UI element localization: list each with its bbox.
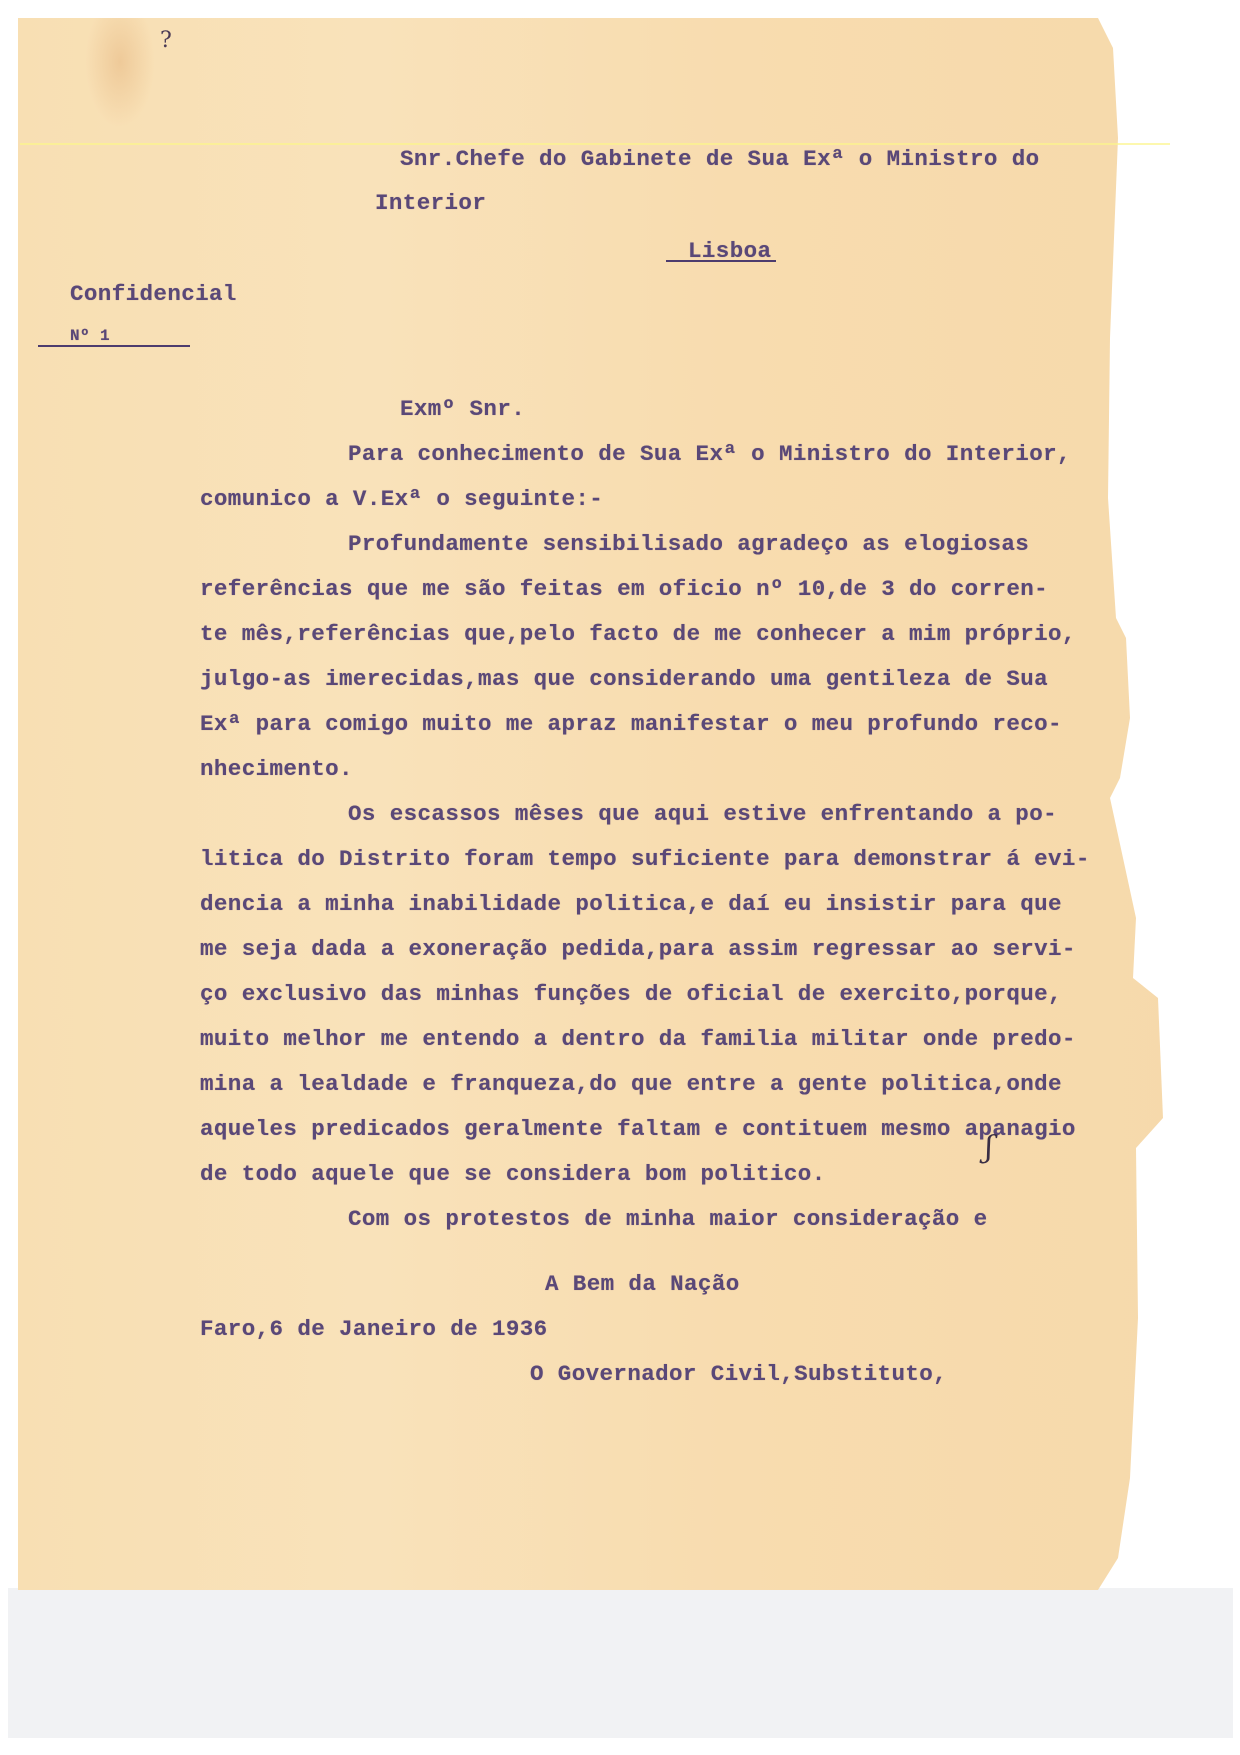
body-line: nhecimento. — [200, 758, 353, 781]
body-line: Exª para comigo muito me apraz manifesta… — [200, 713, 1062, 736]
body-line: comunico a V.Exª o seguinte:- — [200, 488, 603, 511]
addressee-line-1: Snr.Chefe do Gabinete de Sua Exª o Minis… — [400, 148, 1040, 171]
handwritten-correction-mark: ʃ — [985, 1130, 993, 1165]
corner-ink-mark: ? — [160, 28, 172, 53]
addressee-line-2: Interior — [375, 192, 486, 215]
classification-label: Confidencial — [70, 283, 237, 306]
body-line: Com os protestos de minha maior consider… — [348, 1208, 988, 1231]
body-line: referências que me são feitas em oficio … — [200, 578, 1048, 601]
salutation: Exmº Snr. — [400, 398, 525, 421]
closing-motto: A Bem da Nação — [545, 1273, 740, 1296]
place-and-date: Faro,6 de Janeiro de 1936 — [200, 1318, 548, 1341]
body-line: aqueles predicados geralmente faltam e c… — [200, 1118, 1076, 1141]
reference-underline — [38, 345, 190, 347]
body-line: mina a lealdade e franqueza,do que entre… — [200, 1073, 1062, 1096]
body-line: de todo aquele que se considera bom poli… — [200, 1163, 826, 1186]
body-line: Para conhecimento de Sua Exª o Ministro … — [348, 443, 1071, 466]
addressee-city: Lisboa — [688, 240, 771, 263]
scanner-background — [8, 1588, 1233, 1738]
paper-stain — [85, 18, 155, 128]
body-line: te mês,referências que,pelo facto de me … — [200, 623, 1076, 646]
body-line: Os escassos mêses que aqui estive enfren… — [348, 803, 1057, 826]
body-line: me seja dada a exoneração pedida,para as… — [200, 938, 1076, 961]
body-line: julgo-as imerecidas,mas que considerando… — [200, 668, 1048, 691]
body-line: ço exclusivo das minhas funções de ofici… — [200, 983, 1062, 1006]
reference-number: Nº 1 — [70, 328, 110, 344]
body-line: muito melhor me entendo a dentro da fami… — [200, 1028, 1076, 1051]
body-line: litica do Distrito foram tempo suficient… — [200, 848, 1090, 871]
body-line: Profundamente sensibilisado agradeço as … — [348, 533, 1029, 556]
paper-fold-line — [20, 143, 1170, 145]
signature-title: O Governador Civil,Substituto, — [530, 1363, 947, 1386]
body-line: dencia a minha inabilidade politica,e da… — [200, 893, 1062, 916]
